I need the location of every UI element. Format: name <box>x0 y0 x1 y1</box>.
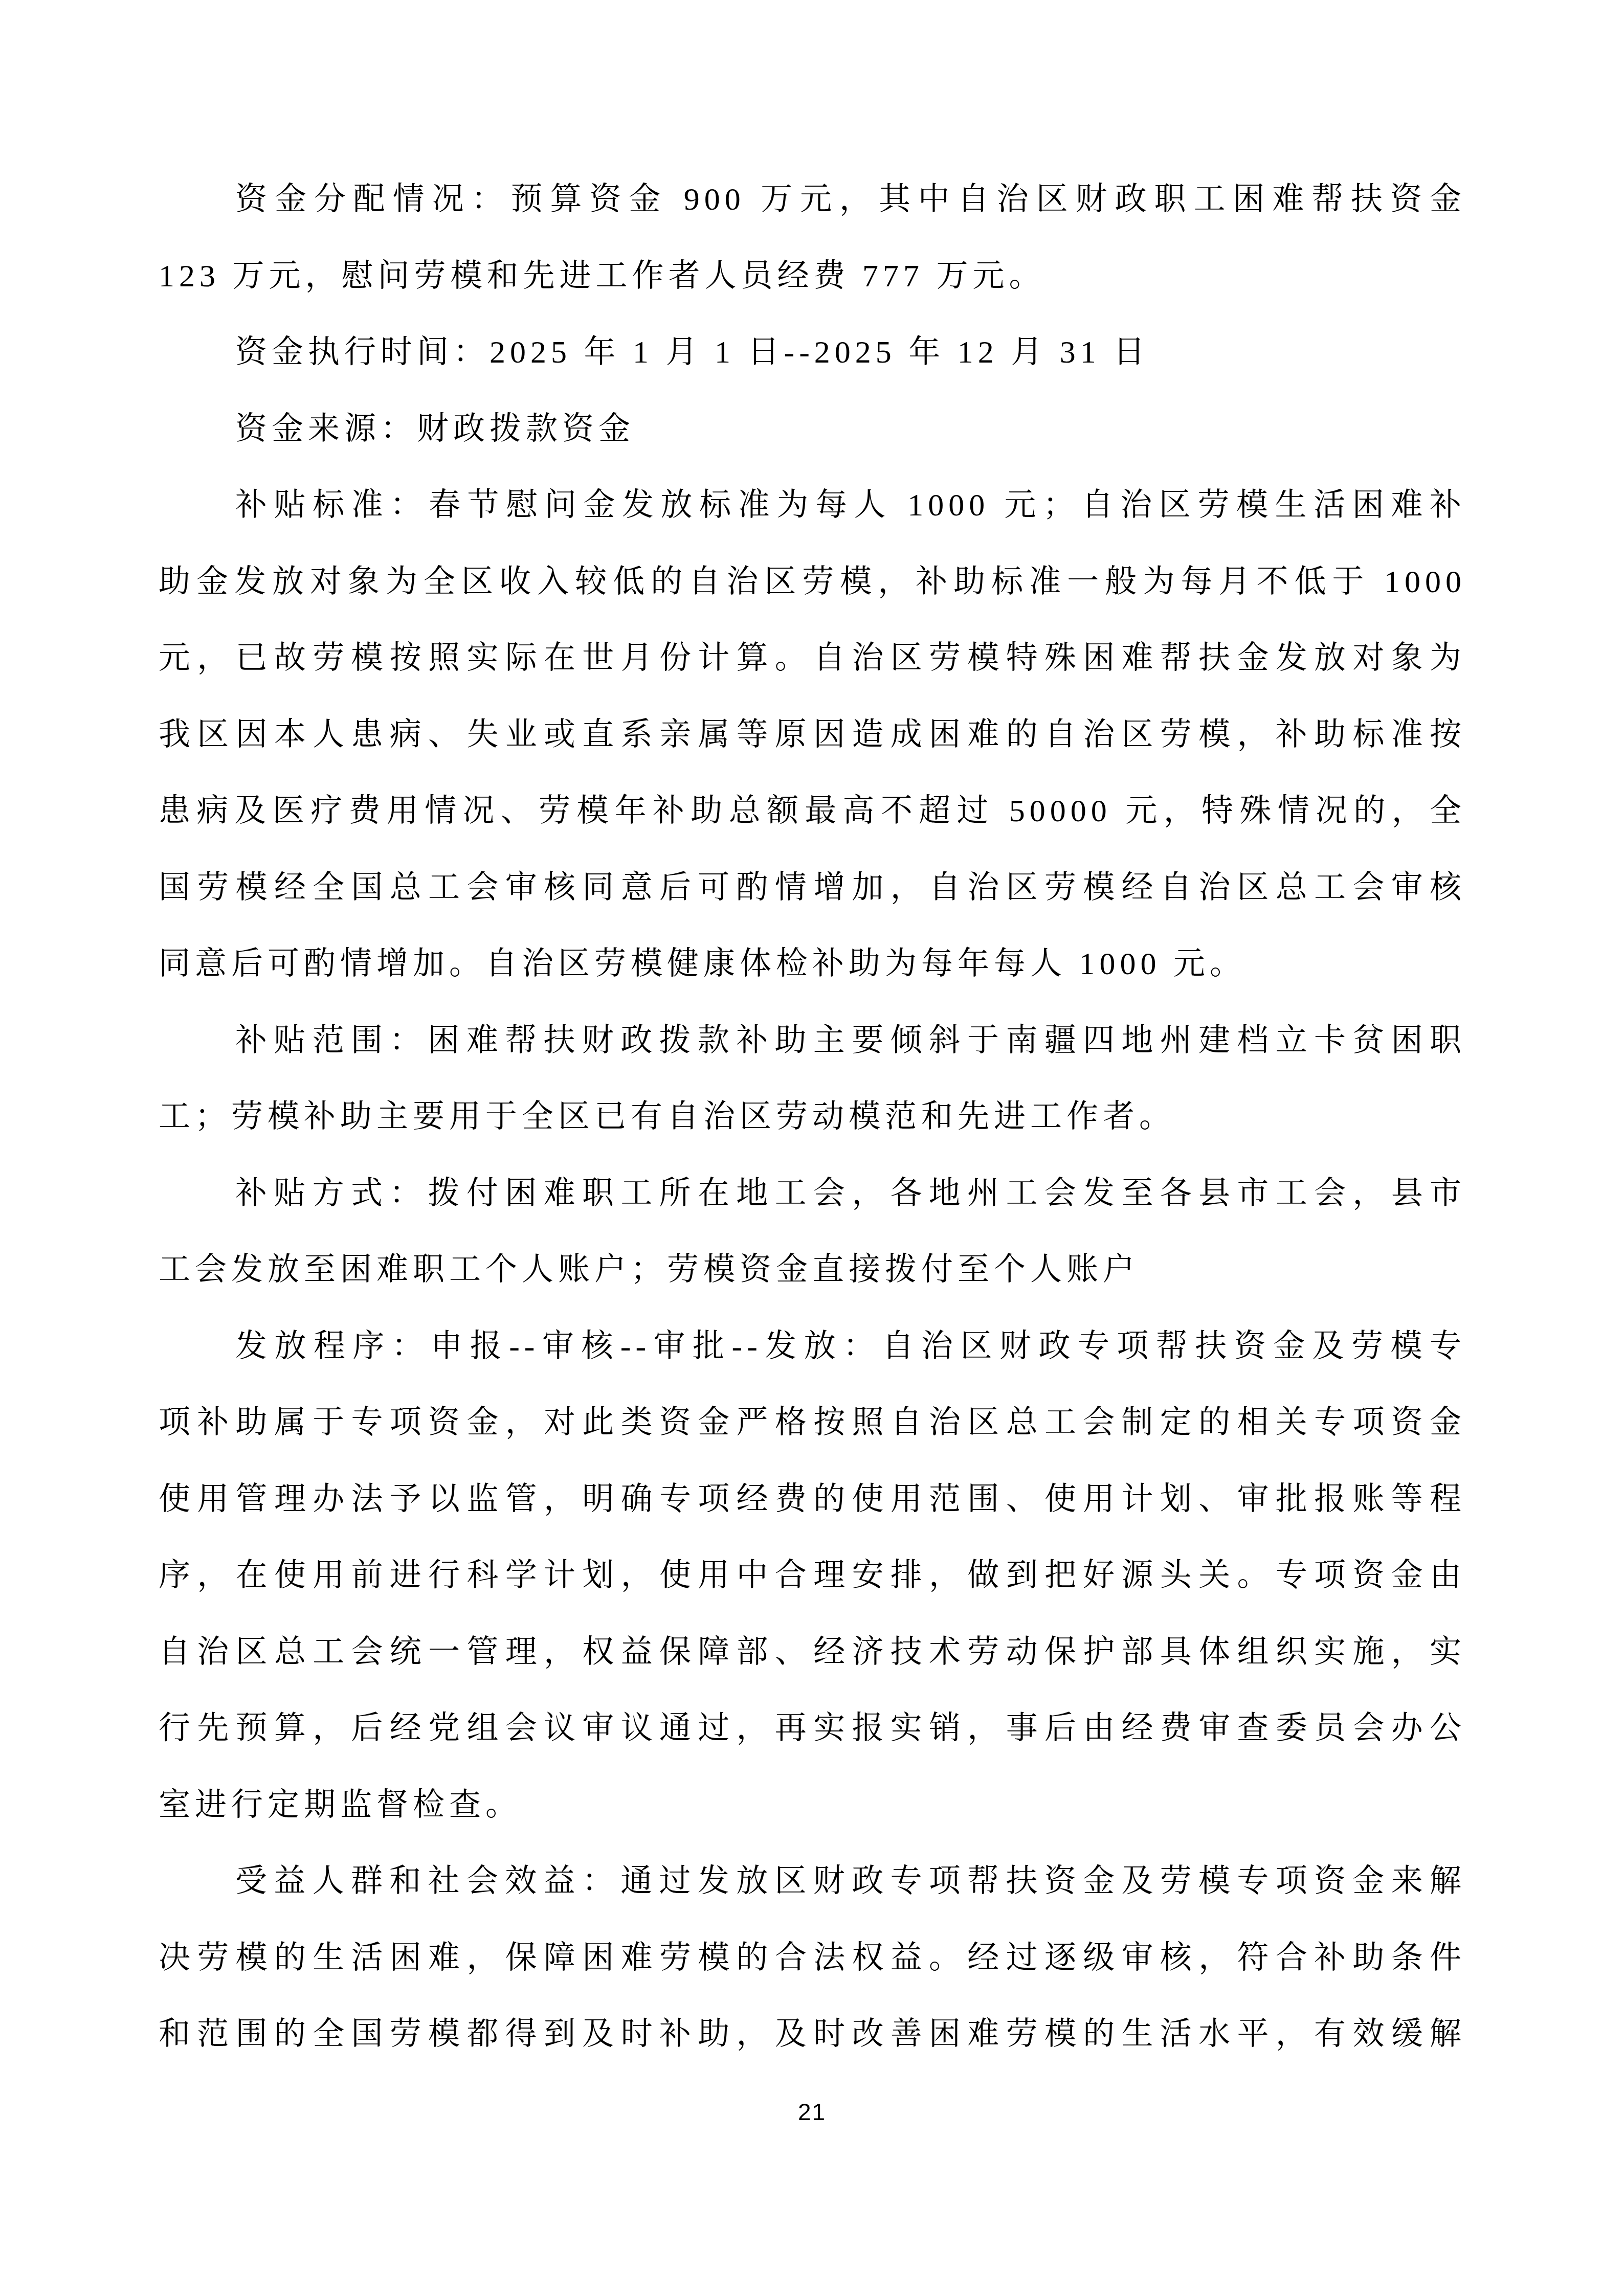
page-footer: 21 <box>0 2097 1624 2127</box>
text-line: 决劳模的生活困难，保障困难劳模的合法权益。经过逐级审核，符合补助条件 <box>159 1920 1466 1997</box>
text-line: 和范围的全国劳模都得到及时补助，及时改善困难劳模的生活水平，有效缓解 <box>159 1996 1466 2073</box>
text-line: 123 万元，慰问劳模和先进工作者人员经费 777 万元。 <box>159 238 1466 315</box>
text-line: 资金来源：财政拨款资金 <box>159 391 1466 468</box>
text-line: 我区因本人患病、失业或直系亲属等原因造成困难的自治区劳模，补助标准按 <box>159 697 1466 774</box>
text-line: 序，在使用前进行科学计划，使用中合理安排，做到把好源头关。专项资金由 <box>159 1538 1466 1614</box>
document-page: 资金分配情况：预算资金 900 万元，其中自治区财政职工困难帮扶资金123 万元… <box>0 0 1624 2296</box>
text-line: 自治区总工会统一管理，权益保障部、经济技术劳动保护部具体组织实施，实 <box>159 1614 1466 1691</box>
page-number: 21 <box>798 2099 826 2125</box>
text-line: 助金发放对象为全区收入较低的自治区劳模，补助标准一般为每月不低于 1000 <box>159 544 1466 621</box>
text-line: 发放程序：申报--审核--审批--发放：自治区财政专项帮扶资金及劳模专 <box>159 1309 1466 1385</box>
text-line: 补贴范围：困难帮扶财政拨款补助主要倾斜于南疆四地州建档立卡贫困职 <box>159 1003 1466 1079</box>
text-line: 补贴标准：春节慰问金发放标准为每人 1000 元；自治区劳模生活困难补 <box>159 467 1466 544</box>
text-line: 资金分配情况：预算资金 900 万元，其中自治区财政职工困难帮扶资金 <box>159 162 1466 238</box>
text-line: 受益人群和社会效益：通过发放区财政专项帮扶资金及劳模专项资金来解 <box>159 1843 1466 1920</box>
text-line: 患病及医疗费用情况、劳模年补助总额最高不超过 50000 元，特殊情况的，全 <box>159 773 1466 850</box>
text-body: 资金分配情况：预算资金 900 万元，其中自治区财政职工困难帮扶资金123 万元… <box>159 162 1466 2073</box>
text-line: 国劳模经全国总工会审核同意后可酌情增加，自治区劳模经自治区总工会审核 <box>159 850 1466 927</box>
text-line: 工；劳模补助主要用于全区已有自治区劳动模范和先进工作者。 <box>159 1079 1466 1156</box>
text-line: 补贴方式：拨付困难职工所在地工会，各地州工会发至各县市工会，县市 <box>159 1156 1466 1232</box>
text-line: 同意后可酌情增加。自治区劳模健康体检补助为每年每人 1000 元。 <box>159 926 1466 1003</box>
text-line: 项补助属于专项资金，对此类资金严格按照自治区总工会制定的相关专项资金 <box>159 1385 1466 1461</box>
text-line: 使用管理办法予以监管，明确专项经费的使用范围、使用计划、审批报账等程 <box>159 1461 1466 1538</box>
text-line: 元，已故劳模按照实际在世月份计算。自治区劳模特殊困难帮扶金发放对象为 <box>159 620 1466 697</box>
text-line: 行先预算，后经党组会议审议通过，再实报实销，事后由经费审查委员会办公 <box>159 1691 1466 1767</box>
text-line: 室进行定期监督检查。 <box>159 1767 1466 1844</box>
text-line: 资金执行时间：2025 年 1 月 1 日--2025 年 12 月 31 日 <box>159 314 1466 391</box>
text-line: 工会发放至困难职工个人账户；劳模资金直接拨付至个人账户 <box>159 1232 1466 1309</box>
